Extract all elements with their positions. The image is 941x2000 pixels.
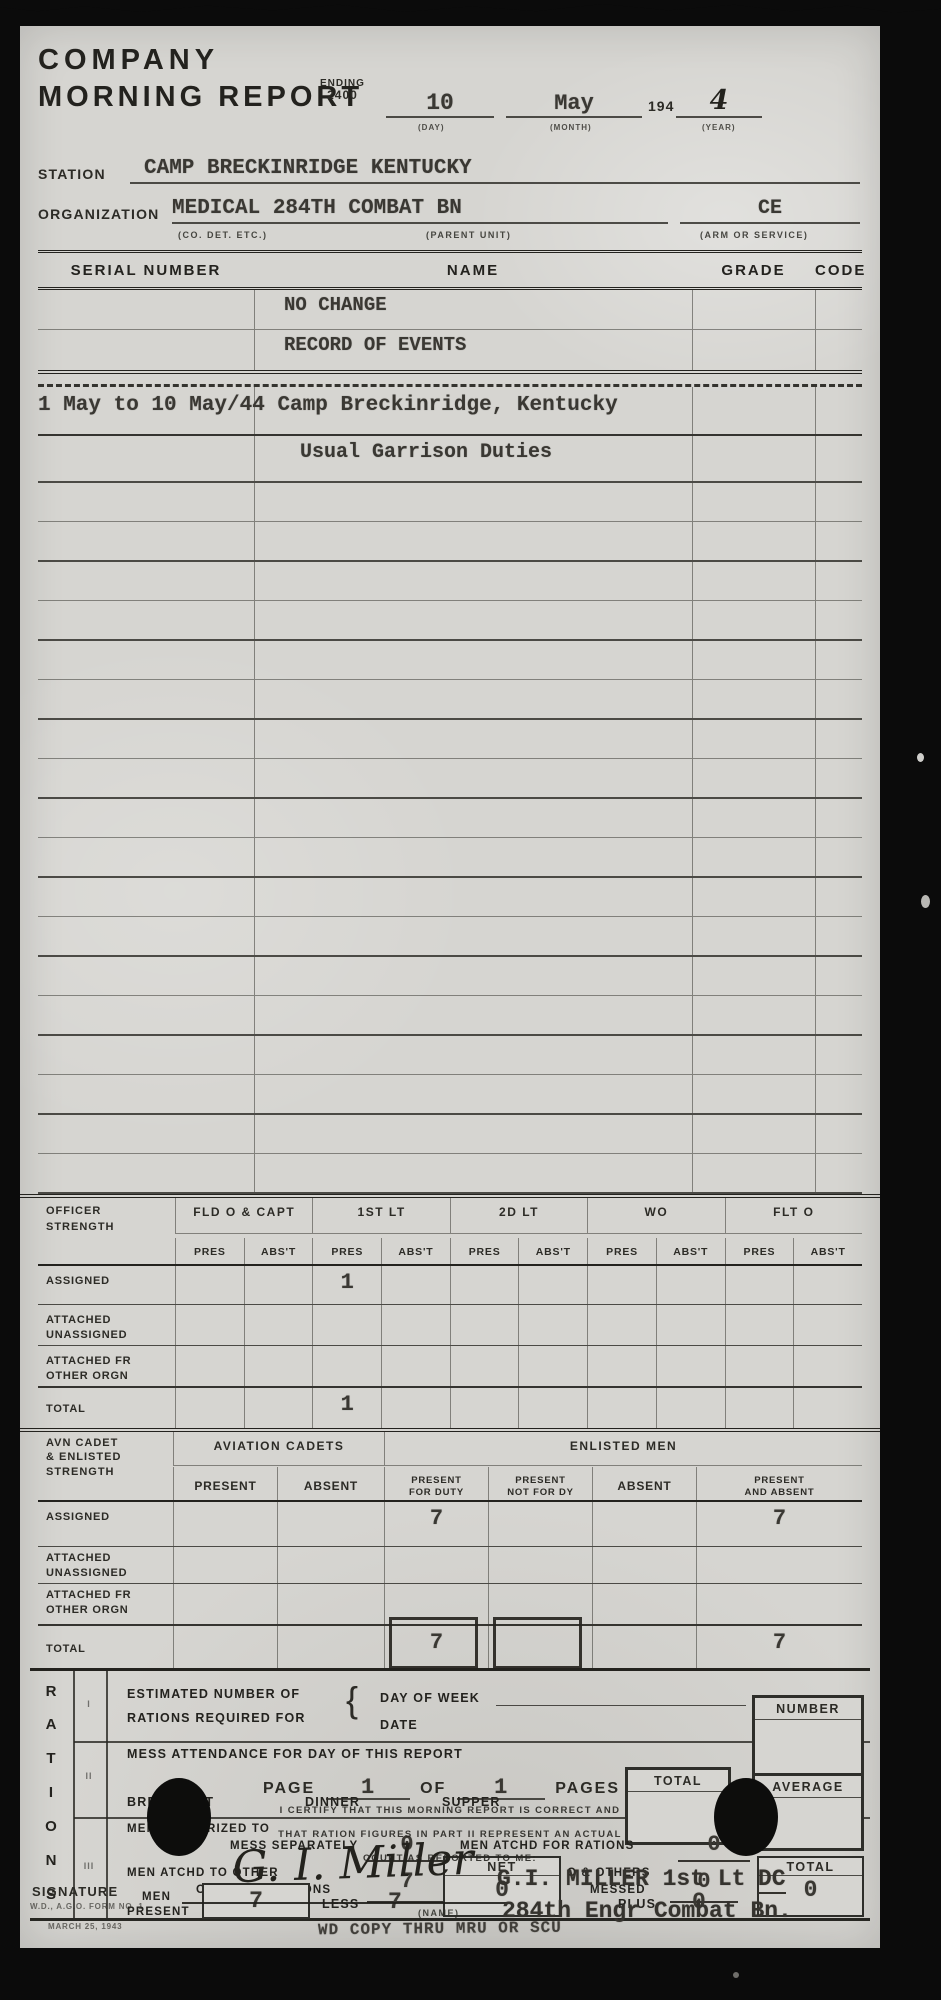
form-date: MARCH 25, 1943 — [48, 1922, 122, 1931]
em-present-and-absent-header: PRESENT AND ABSENT — [696, 1467, 862, 1500]
em-present-for-duty-header: PRESENT FOR DUTY — [384, 1467, 488, 1500]
empty-roster-row — [38, 522, 862, 562]
empty-roster-row — [38, 996, 862, 1036]
year-prefix: 194 — [648, 98, 674, 114]
scan-speck — [733, 1972, 739, 1978]
group-1st-lt: 1ST LT — [312, 1198, 449, 1234]
scan-speck — [921, 895, 930, 908]
empty-roster-row — [38, 641, 862, 680]
month-sublabel: (MONTH) — [550, 123, 592, 132]
rations-letter: A — [30, 1716, 72, 1733]
wd-copy-note: WD COPY THRU MRU OR SCU — [318, 1919, 562, 1940]
pages-total: 1 — [457, 1778, 545, 1800]
officer-attached-unassigned-row: ATTACHED UNASSIGNED — [38, 1305, 862, 1346]
certification-line1: I CERTIFY THAT THIS MORNING REPORT IS CO… — [200, 1806, 700, 1816]
code-column-header: CODE — [815, 262, 866, 279]
day-field: 10 — [386, 90, 494, 118]
scanned-morning-report-page: COMPANY MORNING REPORT ENDING 2400 10 (D… — [20, 26, 880, 1948]
section-numeral-1: I — [76, 1699, 102, 1709]
station-row: STATION CAMP BRECKINRIDGE KENTUCKY — [38, 150, 862, 190]
group-aviation-cadets: AVIATION CADETS — [173, 1432, 384, 1466]
day-sublabel: (DAY) — [418, 123, 444, 132]
pres-header: PRES — [587, 1238, 656, 1264]
cadet-enlisted-corner-label: AVN CADET & ENLISTED STRENGTH — [38, 1432, 173, 1500]
name-sublabel: (NAME) — [418, 1908, 460, 1918]
em-total-present-for-duty-boxed: 7 — [384, 1626, 488, 1668]
station-value: CAMP BRECKINRIDGE KENTUCKY — [144, 157, 472, 180]
empty-roster-row — [38, 483, 862, 522]
abst-header: ABS'T — [518, 1238, 587, 1264]
pages-label: PAGES — [555, 1780, 620, 1797]
officer-strength-header: OFFICER STRENGTH FLD O & CAPT 1ST LT 2D … — [38, 1198, 862, 1266]
empty-roster-row — [38, 957, 862, 996]
officer-attached-fr-other-orgn-row: ATTACHED FR OTHER ORGN — [38, 1346, 862, 1388]
arm-of-service-field: CE — [680, 199, 860, 224]
pres-header: PRES — [312, 1238, 381, 1264]
form-header: COMPANY MORNING REPORT ENDING 2400 10 (D… — [38, 44, 862, 136]
em-present-not-for-dy-header: PRESENT NOT FOR DY — [488, 1467, 592, 1500]
empty-roster-row — [38, 1075, 862, 1115]
mess-attendance-title: MESS ATTENDANCE FOR DAY OF THIS REPORT — [127, 1747, 463, 1761]
cadet-assigned-row: ASSIGNED 7 7 — [38, 1502, 862, 1547]
roster-header-row: SERIAL NUMBER NAME GRADE CODE — [38, 253, 862, 290]
page-label: PAGE — [263, 1780, 315, 1797]
date-label: DATE — [380, 1718, 418, 1732]
empty-roster-row — [38, 838, 862, 878]
abst-header: ABS'T — [381, 1238, 450, 1264]
cadets-absent-header: ABSENT — [277, 1467, 384, 1500]
organization-label: ORGANIZATION — [38, 206, 159, 222]
cadet-total-row: TOTAL 7 7 — [38, 1626, 862, 1668]
empty-roster-row — [38, 720, 862, 759]
form-title-line1: COMPANY — [38, 44, 862, 77]
parent-unit-sublabel: (PARENT UNIT) — [426, 230, 511, 240]
group-flt-o: FLT O — [725, 1198, 862, 1234]
typed-officer-block: G.I. MILLER 1st Lt DC — [497, 1866, 786, 1892]
events-entry-line1: 1 May to 10 May/44 Camp Breckinridge, Ke… — [38, 387, 862, 436]
year-field: 4 — [676, 85, 762, 118]
group-2d-lt: 2D LT — [450, 1198, 587, 1234]
officer-total-1st-lt-pres: 1 — [312, 1388, 381, 1428]
estimated-rations-label2: RATIONS REQUIRED FOR — [127, 1711, 306, 1725]
form-number: W.D., A.G.O. FORM NO. 1 — [30, 1902, 144, 1911]
organization-row: ORGANIZATION MEDICAL 284TH COMBAT BN CE — [38, 190, 862, 230]
empty-roster-row — [38, 601, 862, 641]
station-field: CAMP BRECKINRIDGE KENTUCKY — [130, 159, 860, 184]
dashed-separator — [38, 374, 862, 387]
em-total-present-and-absent: 7 — [696, 1626, 862, 1668]
pres-header: PRES — [450, 1238, 519, 1264]
grade-column-header: GRADE — [692, 262, 815, 279]
estimated-rations-label1: ESTIMATED NUMBER OF — [127, 1687, 300, 1701]
section-numeral-3: III — [76, 1861, 102, 1871]
em-assigned-present-and-absent: 7 — [696, 1502, 862, 1546]
torn-scan-edge-top — [0, 0, 941, 16]
rations-letter: T — [30, 1750, 72, 1767]
em-total-not-for-dy-empty-box — [488, 1626, 592, 1668]
cadets-present-header: PRESENT — [173, 1467, 277, 1500]
roster-entry-record-of-events: RECORD OF EVENTS — [38, 330, 862, 374]
abst-header: ABS'T — [656, 1238, 725, 1264]
rations-letter: N — [30, 1852, 72, 1869]
empty-roster-row — [38, 680, 862, 720]
name-column-header: NAME — [254, 262, 692, 279]
typed-officer-branch: DC — [758, 1866, 786, 1894]
brace-glyph: { — [346, 1679, 358, 1721]
day-of-week-blank — [496, 1690, 746, 1706]
empty-roster-row — [38, 1115, 862, 1154]
page-number: 1 — [326, 1778, 410, 1800]
abst-header: ABS'T — [793, 1238, 862, 1264]
em-absent-header: ABSENT — [592, 1467, 696, 1500]
empty-roster-row — [38, 878, 862, 917]
rations-letter: R — [30, 1683, 72, 1700]
events-entry-line2: Usual Garrison Duties — [38, 436, 862, 483]
officer-assigned-row: ASSIGNED 1 — [38, 1266, 862, 1305]
group-enlisted-men: ENLISTED MEN — [384, 1432, 862, 1466]
section-numeral-2: II — [76, 1771, 102, 1781]
of-label: OF — [420, 1780, 446, 1797]
number-box-value — [755, 1720, 861, 1724]
arm-of-service-value: CE — [758, 197, 782, 220]
signature-line — [182, 1874, 512, 1904]
officer-assigned-1st-lt-pres: 1 — [312, 1266, 381, 1304]
ending-2400-label: ENDING 2400 — [320, 78, 365, 102]
empty-roster-row — [38, 759, 862, 799]
cadet-enlisted-strength-table: AVN CADET & ENLISTED STRENGTH AVIATION C… — [20, 1428, 880, 1668]
typed-officer-name: G.I. MILLER 1st Lt — [497, 1866, 745, 1892]
page-row: PAGE 1 OF 1 PAGES — [263, 1778, 743, 1800]
organization-sublabels: (CO. DET. ETC.) (PARENT UNIT) (ARM OR SE… — [38, 230, 862, 244]
empty-roster-row — [38, 1036, 862, 1075]
group-wo: WO — [587, 1198, 724, 1234]
month-field: May — [506, 91, 642, 118]
group-fld-o-capt: FLD O & CAPT — [175, 1198, 312, 1234]
roster-table: SERIAL NUMBER NAME GRADE CODE NO CHANGE … — [38, 250, 862, 1194]
arm-or-service-sublabel: (ARM OR SERVICE) — [700, 230, 808, 240]
officer-total-row: TOTAL 1 — [38, 1388, 862, 1428]
organization-field: MEDICAL 284TH COMBAT BN — [172, 199, 668, 224]
em-assigned-present-for-duty: 7 — [384, 1502, 488, 1546]
roster-entry-no-change: NO CHANGE — [38, 290, 862, 330]
signature-label: SIGNATURE — [32, 1884, 118, 1899]
pres-header: PRES — [725, 1238, 794, 1264]
co-det-etc-sublabel: (CO. DET. ETC.) — [178, 230, 268, 240]
serial-number-column-header: SERIAL NUMBER — [38, 262, 254, 279]
officer-strength-corner-label: OFFICER STRENGTH — [38, 1198, 175, 1264]
day-of-week-label: DAY OF WEEK — [380, 1691, 480, 1705]
empty-roster-row — [38, 799, 862, 838]
empty-roster-row — [38, 917, 862, 957]
pres-header: PRES — [175, 1238, 244, 1264]
rations-letter: O — [30, 1818, 72, 1835]
empty-roster-row — [38, 1154, 862, 1194]
officer-strength-table: OFFICER STRENGTH FLD O & CAPT 1ST LT 2D … — [20, 1194, 880, 1428]
scan-speck — [917, 753, 924, 762]
abst-header: ABS'T — [244, 1238, 313, 1264]
organization-value: MEDICAL 284TH COMBAT BN — [172, 197, 462, 220]
rations-letter: I — [30, 1784, 72, 1801]
empty-roster-row — [38, 562, 862, 601]
men-present-label1: MEN — [142, 1891, 171, 1903]
cadet-attached-unassigned-row: ATTACHED UNASSIGNED — [38, 1547, 862, 1584]
report-dateline: ENDING 2400 10 (DAY) May (MONTH) 194 4 (… — [320, 76, 862, 132]
year-sublabel: (YEAR) — [702, 123, 736, 132]
cadet-enlisted-header: AVN CADET & ENLISTED STRENGTH AVIATION C… — [38, 1432, 862, 1502]
station-label: STATION — [38, 166, 106, 182]
